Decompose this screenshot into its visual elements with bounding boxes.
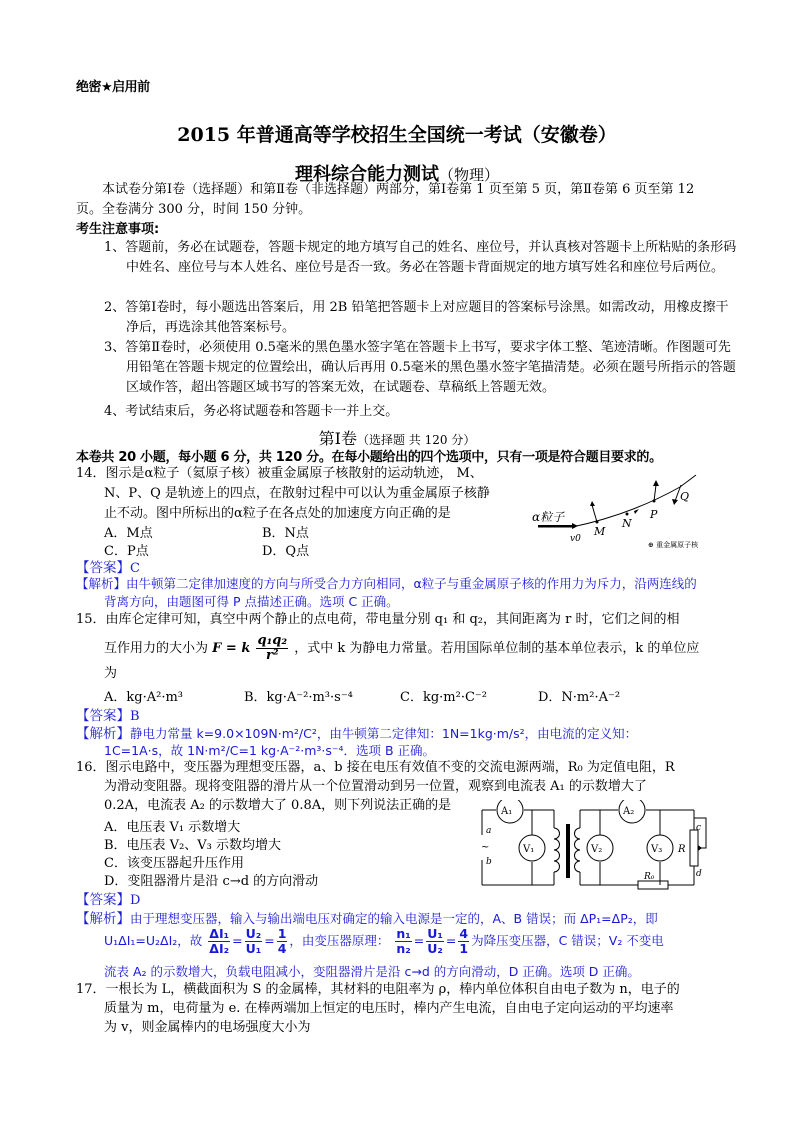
q15-option-b: B．kg·A⁻²·m³·s⁻⁴ [244,686,353,705]
fraction-u1-u2: U₁U₂ [426,927,444,956]
q14-line-3: 止不动。图中所标出的α粒子在各点处的加速度方向正确的是 [104,504,451,524]
q15-option-a: A．kg·A²·m³ [104,686,183,705]
q14-number: 14． [76,466,106,481]
notes-heading: 考生注意事项: [76,218,159,237]
q16-number: 16． [76,760,106,775]
q16-circuit-figure: A₁ V₁ A₂ V₂ V₃ a ~ b R c d R₀ [478,800,708,890]
section-description: 本卷共 20 小题，每小题 6 分，共 120 分。在每小题给出的四个选项中，只… [76,446,662,465]
note-item-4: 4、考试结束后，务必将试题卷和答题卡一并上交。 [104,402,738,422]
q14-trajectory-figure: α粒子 v0 M N P Q ⊕ 重金属原子核 [520,465,720,555]
point-n-label: N [621,517,632,530]
svg-text:d: d [696,869,702,879]
q16-line-3: 0.2A，电流表 A₂ 的示数增大了 0.8A，则下列说法正确的是 [104,796,451,816]
svg-text:b: b [486,857,492,867]
q15-line-2: 互作用力的大小为 F = k q₁q₂r² ，式中 k 为静电力常量。若用国际单… [104,634,699,663]
svg-text:V₁: V₁ [522,844,534,855]
q16-analysis-line-3: 流表 A₂ 的示数增大，负载电阻减小，变阻器滑片是沿 c→d 的方向滑动，D 正… [104,962,640,980]
q15-answer: 【答案】B [76,704,140,724]
q16-option-b: B．电压表 V₂、V₃ 示数均增大 [104,834,281,853]
q14-option-b: B．N点 [262,522,309,541]
q15-line-3: 为 [104,664,117,684]
svg-text:V₂: V₂ [590,844,602,855]
q16-answer-value: D [130,893,140,908]
point-q-label: Q [680,490,689,503]
fraction-one-quarter: 14 [277,927,288,956]
q15-analysis-line-1: 【解析】静电力常量 k=9.0×109N·m²/C²，由牛顿第二定律知：1N=1… [76,722,637,742]
svg-text:A₁: A₁ [500,806,512,817]
svg-text:V₃: V₃ [650,844,662,855]
rheostat-r [690,830,698,866]
svg-text:A₂: A₂ [622,806,634,817]
svg-text:~: ~ [481,842,489,853]
q16-option-d: D．变阻器滑片是沿 c→d 的方向滑动 [104,870,318,889]
q16-option-a: A．电压表 V₁ 示数增大 [104,816,240,835]
nucleus-legend: ⊕ 重金属原子核 [648,540,699,549]
q16-option-c: C．该变压器起升压作用 [104,852,244,871]
q17-line-1: 17．一根长为 L，横截面积为 S 的金属棒，其材料的电阻率为 ρ，棒内单位体积… [76,980,680,1000]
q14-option-a: A．M点 [104,522,153,541]
q14-line-2: N、P、Q 是轨迹上的四点，在散射过程中可以认为重金属原子核静 [104,484,490,504]
q17-line-3: 为 v，则金属棒内的电场强度大小为 [104,1018,310,1038]
fraction-four: 41 [458,927,469,956]
q15-option-c: C．kg·m²·C⁻² [400,686,487,705]
q16-answer: 【答案】D [76,888,140,908]
secret-mark: 绝密★启用前 [76,76,150,95]
q17-number: 17． [76,982,106,997]
q15-number: 15． [76,612,106,627]
q14-line-1: 14．图示是α粒子（氦原子核）被重金属原子核散射的运动轨迹， M、 [76,464,483,484]
q17-line-2: 质量为 m，电荷量为 e. 在棒两端加上恒定的电压时，棒内产生电流，自由电子定向… [104,999,674,1019]
q14-analysis-line-2: 背离方向，由题图可得 P 点描述正确。选项 C 正确。 [104,592,399,610]
svg-text:R: R [677,844,686,855]
point-p-label: P [649,508,658,521]
q15-option-d: D．N·m²·A⁻² [538,686,620,705]
q14-answer: 【答案】C [76,556,140,576]
q16-line-1: 16．图示电路中，变压器为理想变压器，a、b 接在电压有效值不变的交流电源两端，… [76,758,675,778]
fraction-u2-u1: U₂U₁ [245,927,263,956]
note-item-2: 2、答第Ⅰ卷时，每小题选出答案后，用 2B 铅笔把答题卡上对应题目的答案标号涂黑… [104,298,738,338]
q15-line-1: 15．由库仑定律可知，真空中两个静止的点电荷，带电量分别 q₁ 和 q₂，其间距… [76,610,680,630]
v0-label: v0 [570,534,581,544]
exam-page: 绝密★启用前 2015 年普通高等学校招生全国统一考试（安徽卷） 理科综合能力测… [0,0,794,1123]
q16-analysis-line-1: 【解析】由于理想变压器，输入与输出端电压对确定的输入电源是一定的，A、B 错误；… [76,907,658,927]
q16-analysis-line-2: U₁ΔI₁=U₂ΔI₂，故 ΔI₁ΔI₂=U₂U₁=14，由变压器原理： n₁n… [104,927,664,956]
note-item-1: 1、答题前，务必在试题卷，答题卡规定的地方填写自己的姓名、座位号，并认真核对答题… [104,238,738,278]
svg-text:a: a [486,826,491,836]
section-subtitle: （选择题 共 120 分） [357,433,475,447]
svg-text:R₀: R₀ [643,872,655,882]
exam-title: 2015 年普通高等学校招生全国统一考试（安徽卷） [0,120,794,147]
svg-text:c: c [696,823,701,833]
note-item-3: 3、答第Ⅱ卷时，必须使用 0.5毫米的黑色墨水签字笔在答题卡上书写，要求字体工整… [104,338,738,398]
point-m-label: M [593,525,606,538]
q15-analysis-line-2: 1C=1A·s，故 1N·m²/C=1 kg·A⁻²·m³·s⁻⁴．选项 B 正… [104,741,435,759]
q16-line-2: 为滑动变阻器。现将变阻器的滑片从一个位置滑动到另一位置，观察到电流表 A₁ 的示… [104,777,647,797]
q14-analysis-line-1: 【解析】由牛顿第二定律加速度的方向与所受合力方向相同，α粒子与重金属原子核的作用… [76,574,697,592]
fraction-n1-n2: n₁n₂ [395,927,411,956]
exam-intro: 本试卷分第Ⅰ卷（选择题）和第Ⅱ卷（非选择题）两部分，第Ⅰ卷第 1 页至第 5 页… [76,180,716,220]
alpha-particle-label: α粒子 [532,510,565,524]
fraction-delta-i: ΔI₁ΔI₂ [208,927,230,956]
q14-option-d: D．Q点 [262,540,309,559]
coulomb-formula-fraction: q₁q₂r² [256,634,288,663]
resistor-r0 [638,881,668,889]
coulomb-formula-lhs: F = k [212,641,250,656]
transformer-core [566,824,570,878]
